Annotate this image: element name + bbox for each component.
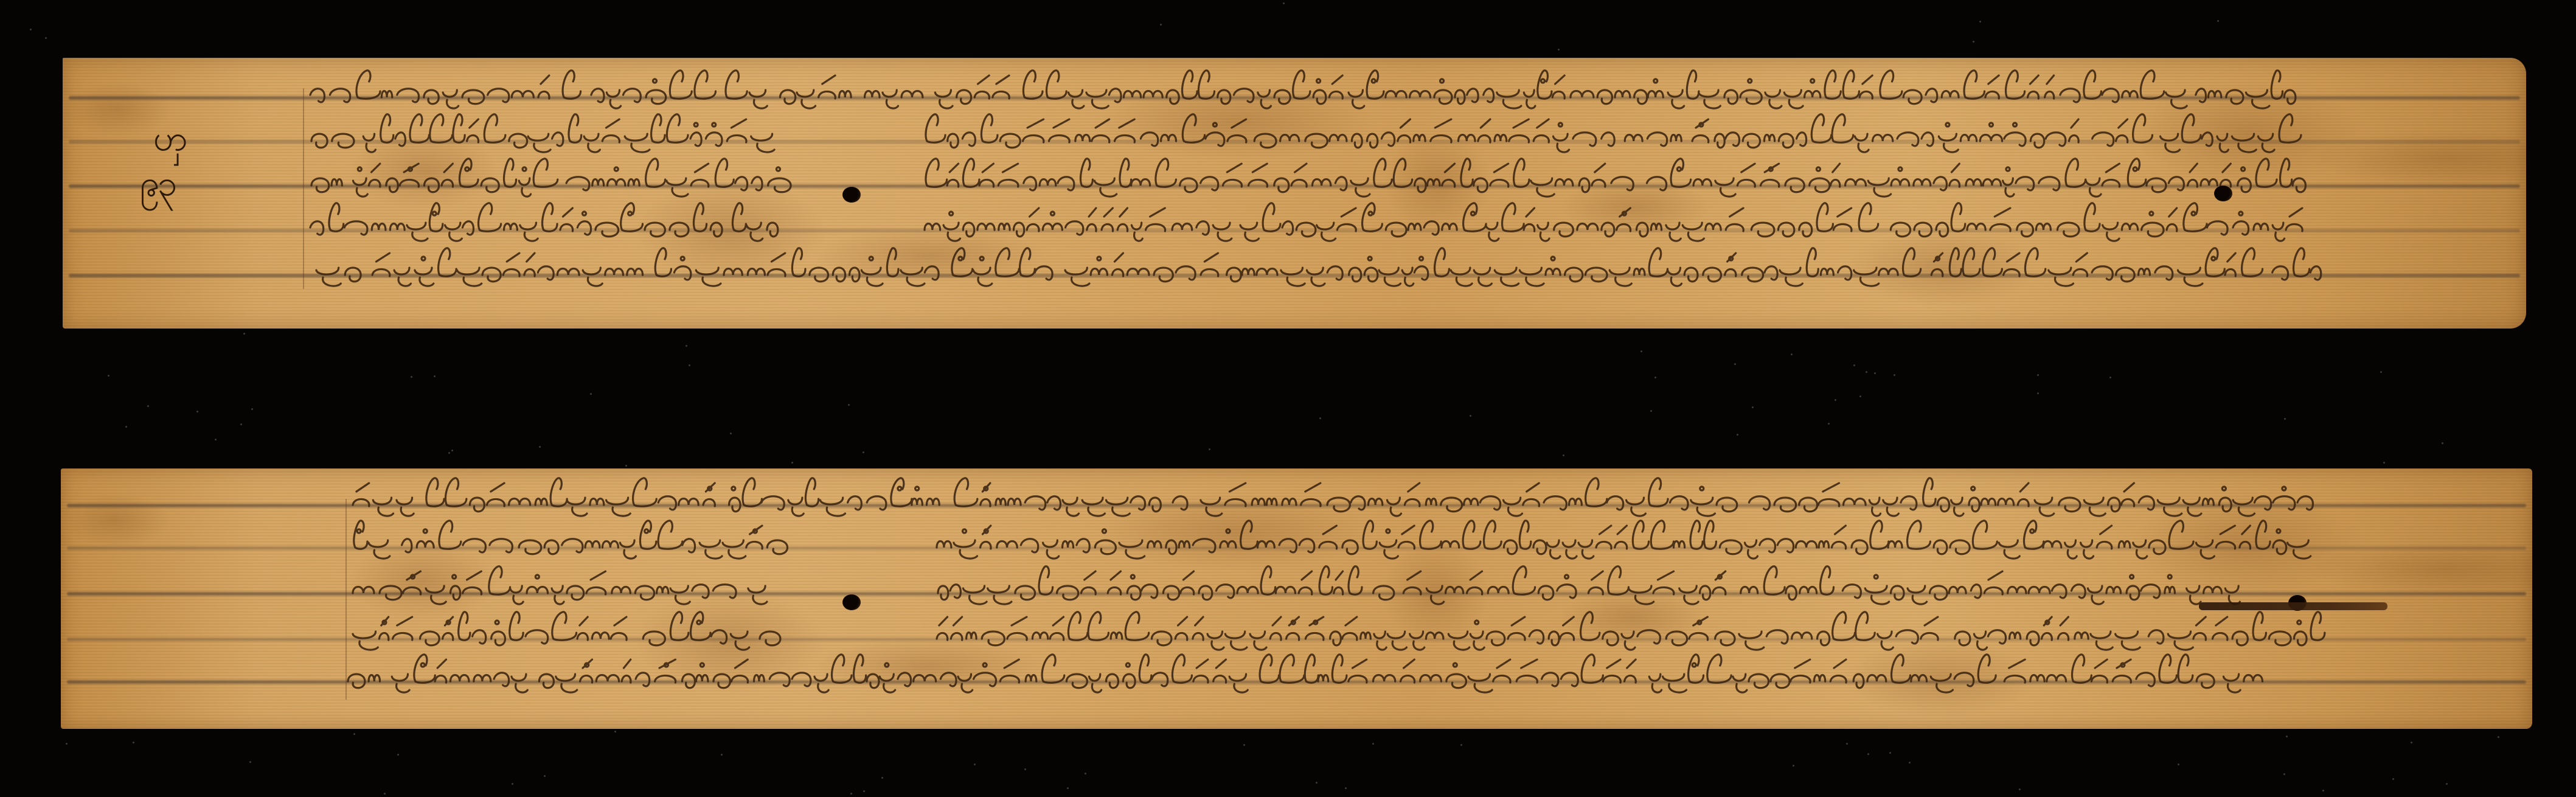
palm-leaf-folio-top: ၯ၉၃ [63, 58, 2526, 329]
dust-speck [1894, 374, 1895, 376]
binding-hole [2214, 186, 2232, 201]
dust-speck [1853, 364, 1855, 366]
folio-number: ၉၃ [140, 165, 175, 201]
dust-speck [125, 426, 127, 428]
dust-speck [1654, 377, 1656, 378]
margin-rule [303, 88, 304, 289]
dust-speck [1909, 762, 1911, 764]
dust-speck [249, 761, 251, 763]
dust-speck [544, 775, 546, 777]
dust-speck [1835, 399, 1836, 401]
dust-speck [1558, 49, 1560, 50]
dust-speck [411, 376, 412, 378]
dust-speck [2284, 418, 2286, 420]
dust-speck [2411, 742, 2412, 743]
dust-speck [2283, 773, 2285, 775]
dust-speck [721, 754, 723, 756]
dust-speck [2037, 392, 2039, 394]
manuscript-text-line [310, 161, 779, 210]
dust-speck [30, 29, 32, 30]
dust-speck [2392, 778, 2394, 780]
palm-leaf-folio-bottom [61, 468, 2532, 729]
folio-number: ၯ [153, 120, 186, 156]
dust-speck [251, 408, 253, 410]
dust-speck [147, 405, 149, 407]
dust-speck [2217, 20, 2219, 22]
dust-speck [2178, 764, 2179, 765]
dust-speck [1243, 744, 1245, 746]
dust-speck [1859, 395, 1861, 397]
dust-speck [730, 433, 732, 434]
dust-speck [1640, 350, 1642, 352]
dust-speck [2322, 790, 2324, 792]
manuscript-text-line [310, 73, 2299, 122]
dust-speck [353, 733, 355, 735]
dust-speck [2109, 377, 2111, 378]
dust-speck [1650, 410, 1652, 412]
dust-speck [196, 411, 198, 412]
dust-speck [240, 423, 242, 425]
dust-speck [1846, 743, 1848, 745]
dust-speck [1973, 41, 1974, 43]
dust-speck [848, 404, 850, 406]
dust-speck [45, 37, 47, 39]
dust-speck [1372, 743, 1374, 745]
dust-speck [1283, 2, 1285, 4]
dust-speck [1085, 773, 1086, 774]
dust-speck [2442, 442, 2443, 444]
dust-speck [1345, 787, 1347, 789]
dust-speck [974, 764, 976, 765]
dust-speck [1793, 765, 1794, 767]
manuscript-text-line [353, 523, 772, 572]
manuscript-text-line [937, 523, 2311, 572]
dust-speck [2286, 736, 2288, 737]
dust-speck [863, 451, 864, 453]
dust-speck [512, 783, 513, 785]
dust-speck [625, 465, 627, 467]
manuscript-text-line [353, 569, 772, 618]
dust-speck [1316, 782, 1318, 784]
dust-speck [1319, 417, 1321, 419]
binding-hole [842, 187, 861, 203]
dust-speck [384, 793, 386, 795]
dust-speck [689, 364, 690, 366]
dust-speck [448, 452, 450, 454]
dust-speck [1160, 24, 1162, 26]
dust-speck [1460, 744, 1462, 746]
dust-speck [243, 333, 245, 335]
dust-speck [2498, 736, 2499, 738]
dust-speck [397, 754, 399, 756]
manuscript-text-line [310, 206, 779, 254]
dust-speck [1979, 21, 1981, 23]
ink-smear-bar [2199, 602, 2387, 610]
dust-speck [1752, 406, 1754, 408]
stain [61, 493, 170, 548]
dust-speck [590, 393, 592, 395]
binding-hole [842, 594, 861, 610]
manuscript-text-line [347, 657, 2263, 706]
dust-speck [2380, 371, 2382, 373]
dust-speck [863, 790, 865, 792]
dust-speck [66, 743, 68, 745]
dust-speck [434, 375, 436, 377]
dust-speck [1866, 371, 1867, 373]
dust-speck [791, 462, 793, 464]
dust-speck [1209, 448, 1210, 450]
dust-speck [451, 450, 453, 451]
dust-speck [2446, 783, 2448, 785]
dust-speck [1563, 454, 1564, 456]
dust-speck [850, 793, 852, 795]
dust-speck [2383, 462, 2385, 464]
manuscript-text-line [353, 614, 772, 663]
dust-speck [1889, 752, 1891, 754]
dust-speck [1828, 423, 1830, 425]
dust-speck [1791, 353, 1793, 355]
dust-speck [215, 439, 217, 440]
dust-speck [614, 731, 616, 733]
dust-speck [2037, 374, 2039, 376]
manuscript-text-line [316, 251, 2330, 299]
manuscript-text-line [925, 117, 2305, 165]
dust-speck [1737, 434, 1738, 436]
dust-speck [539, 446, 541, 448]
dust-speck [881, 777, 883, 779]
dust-speck [1734, 363, 1736, 365]
manuscript-text-line [937, 569, 2238, 618]
dust-speck [1867, 753, 1869, 755]
dust-speck [2019, 788, 2021, 790]
dust-speck [133, 742, 134, 743]
dust-speck [1067, 787, 1069, 789]
dust-speck [1874, 372, 1876, 374]
manuscript-text-line [925, 206, 2305, 254]
dust-speck [1470, 415, 1471, 417]
dust-speck [686, 345, 687, 347]
dust-speck [108, 375, 109, 377]
dust-speck [1024, 768, 1026, 770]
manuscript-text-line [925, 161, 2311, 210]
